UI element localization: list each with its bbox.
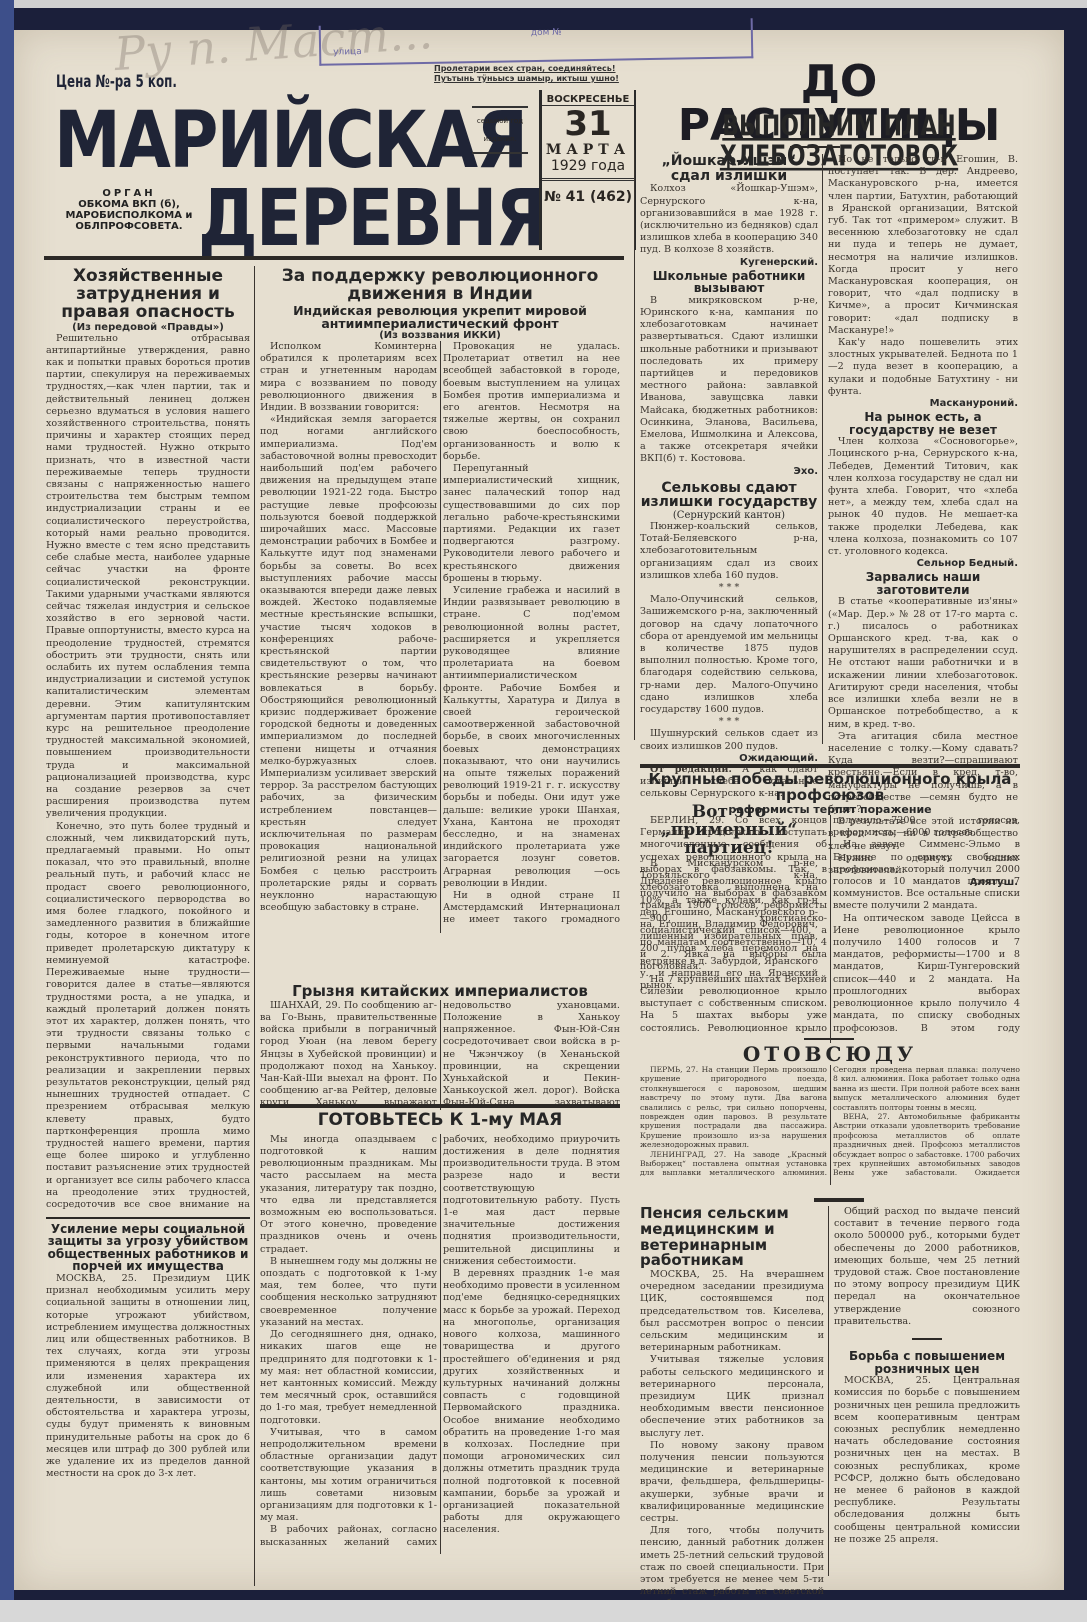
- article-pension: Пенсия сельским медицинским и ветеринарн…: [640, 1206, 824, 1611]
- article-title: Зарвались наши заготовители: [828, 571, 1018, 596]
- divider: [912, 1338, 942, 1340]
- article-everywhere: ОТОВСЮДУ ПЕРМЬ, 27. На станции Пермь про…: [640, 1044, 1020, 1185]
- article-title: Усиление меры социальной защиты за угроз…: [46, 1223, 250, 1273]
- column-economy: Хозяйственные затруднения и правая опасн…: [46, 268, 250, 1523]
- divider: [46, 1217, 250, 1219]
- article-title: ГОТОВЬТЕСЬ К 1-му МАЯ: [260, 1112, 620, 1130]
- article-body: МОСКВА, 25. Центральная комиссия по борь…: [834, 1375, 1020, 1546]
- scan-border-bottom: [0, 1600, 1087, 1622]
- article-body: МОСКВА, 25. На вчерашнем очередном засед…: [640, 1269, 824, 1611]
- column-rule: [254, 266, 255, 1586]
- year-note-line: издания.: [472, 130, 528, 148]
- article-source: (Сернурский кантон): [640, 510, 818, 521]
- organ-block: ОРГАН ОБКОМА ВКП (б), МАРОБИСПОЛКОМА и О…: [64, 188, 194, 232]
- article-body: В микряковском р-не, Юринского к-на, кам…: [640, 295, 818, 466]
- newspaper-title-line2: ДЕРЕВНЯ: [198, 180, 545, 258]
- organ-line: ОБЛПРОФСОВЕТА.: [64, 221, 194, 232]
- slogan-russian: Пролетарии всех стран, соединяйтесь!: [434, 64, 619, 74]
- stamp-house-label: дом №: [531, 28, 562, 39]
- address-stamp: улица дом №: [319, 18, 754, 66]
- article-signature: Ожидающий.: [640, 753, 818, 764]
- article-body: Исполком Коминтерна обратился к пролетар…: [260, 341, 620, 933]
- price-label: Цена №-ра 5 коп.: [56, 72, 177, 92]
- issue-day: 31: [542, 106, 634, 142]
- article-may-day: ГОТОВЬТЕСЬ К 1-му МАЯ Мы иногда опаздыва…: [260, 1112, 620, 1554]
- slogan: Пролетарии всех стран, соединяйтесь! Пуъ…: [434, 64, 619, 84]
- article-india: За поддержку революционного движения в И…: [260, 268, 620, 933]
- article-title: ОТОВСЮДУ: [640, 1044, 1020, 1065]
- divider: [640, 764, 1020, 768]
- newspaper-title-line1: МАРИЙСКАЯ: [54, 102, 526, 180]
- article-body: Решительно отбрасывая антипартийные утве…: [46, 333, 250, 1213]
- article-body: Пюнжер-коальский сельков, Тотай-Беляевск…: [640, 521, 818, 753]
- article-body: МОСКВА, 25. Президиум ЦИК признал необхо…: [46, 1273, 250, 1523]
- column-pension-continued: Общий расход по выдаче пенсий составит в…: [834, 1206, 1020, 1546]
- article-source: (Из воззвания ИККИ): [260, 330, 620, 341]
- article-title: Грызня китайских империалистов: [260, 984, 620, 1000]
- article-title: Крупные победы революционного крыла проф…: [640, 772, 1020, 804]
- article-title: Пенсия сельским медицинским и ветеринарн…: [640, 1206, 824, 1269]
- article-body: БЕРЛИН, 29. Со всех концов Германии прод…: [640, 815, 1020, 1043]
- column-rule: [822, 154, 823, 744]
- article-body: Член колхоза «Сосновогорье», Лоцинского …: [828, 436, 1018, 558]
- article-trade-unions: Крупные победы революционного крыла проф…: [640, 772, 1020, 1043]
- year-note: седьмой год издания.: [472, 106, 528, 154]
- issue-number: № 41 (462): [542, 189, 634, 205]
- article-signature: Кугенерский.: [640, 257, 818, 268]
- article-body: ПЕРМЬ, 27. На станции Пермь произошло кр…: [640, 1065, 1020, 1185]
- divider: [804, 1038, 854, 1040]
- article-body-continued: Но не только гр-н Егошин, В. поступает т…: [828, 154, 1018, 398]
- slogan-mari: Пуътынь тӱньысэ шамыр, иктыш ушно!: [434, 74, 619, 84]
- article-signature: Эхо.: [640, 466, 818, 477]
- issue-month: МАРТА: [542, 142, 634, 158]
- article-title: „Йошкар-Ушэм“ сдал излишки: [640, 154, 818, 183]
- year-note-line: седьмой год: [472, 112, 528, 130]
- article-signature: Маскануроний.: [828, 398, 1018, 409]
- divider: [260, 1104, 620, 1108]
- organ-line: МАРОБИСПОЛКОМА и: [64, 210, 194, 221]
- article-signature: Сельнор Бедный.: [828, 558, 1018, 569]
- article-title: Хозяйственные затруднения и правая опасн…: [46, 268, 250, 322]
- organ-line: ОБКОМА ВКП (б),: [64, 199, 194, 210]
- article-subtitle: Индийская революция укрепит мировой анти…: [260, 304, 620, 330]
- article-body: Колхоз «Йошкар-Ушэм», Сернурского к-на, …: [640, 183, 818, 256]
- scan-border-top: [0, 0, 1087, 8]
- article-body-continued: Общий расход по выдаче пенсий составит в…: [834, 1206, 1020, 1328]
- article-title: На рынок есть, а государству не везет: [828, 411, 1018, 436]
- scan-border-left: [0, 0, 14, 1622]
- column-rule: [828, 1206, 829, 1576]
- article-source: (Из передовой «Правды»): [46, 322, 250, 333]
- issue-date-box: ВОСКРЕСЕНЬЕ 31 МАРТА 1929 года № 41 (462…: [539, 90, 636, 250]
- article-title: Сельковы сдают излишки государству: [640, 481, 818, 510]
- article-body: Мы иногда опаздываем с подготовкой к наш…: [260, 1134, 620, 1554]
- organ-line: ОРГАН: [64, 188, 194, 199]
- stamp-street-label: улица: [333, 47, 362, 57]
- newspaper-page: Ру п. Маст... улица дом № Цена №-ра 5 ко…: [14, 30, 1064, 1590]
- article-body: ШАНХАЙ, 29. По сообщению аг-ва Го-Вынь, …: [260, 1000, 620, 1110]
- issue-year: 1929 года: [542, 158, 634, 181]
- article-title: Борьба с повышением розничных цен: [834, 1350, 1020, 1375]
- column-rule: [634, 150, 635, 740]
- masthead-divider: [44, 256, 624, 260]
- divider: [814, 1198, 864, 1202]
- article-subtitle: реформисты терпят поражение: [640, 804, 1020, 816]
- article-china: Грызня китайских империалистов ШАНХАЙ, 2…: [260, 984, 620, 1110]
- article-title: Школьные работники вызывают: [640, 270, 818, 295]
- article-title: За поддержку революционного движения в И…: [260, 268, 620, 304]
- divider: [790, 146, 840, 148]
